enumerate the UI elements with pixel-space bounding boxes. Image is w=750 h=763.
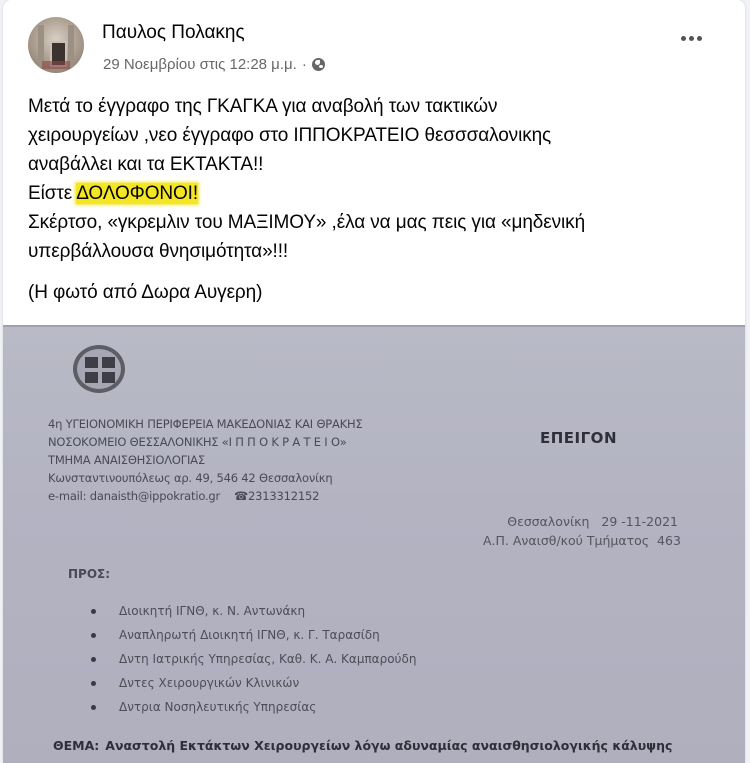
- letterhead-line: ΝΟΣΟΚΟΜΕΙΟ ΘΕΣΣΑΛΟΝΙΚΗΣ «Ι Π Π Ο Κ Ρ Α Τ…: [48, 433, 363, 451]
- emblem-quadrant: [85, 372, 98, 383]
- post-line: χειρουργείων ,νεο έγγραφο στο ΙΠΠΟΚΡΑΤΕΙ…: [28, 121, 728, 150]
- emblem-quadrant: [85, 357, 98, 368]
- post-meta: 29 Νοεμβρίου στις 12:28 μ.μ. ·: [103, 56, 325, 73]
- more-options-icon[interactable]: [681, 36, 702, 41]
- subject-text: Αναστολή Εκτάκτων Χειρουργείων λόγω αδυν…: [105, 738, 672, 753]
- document-subject: ΘΕΜΑ:Αναστολή Εκτάκτων Χειρουργείων λόγω…: [53, 738, 672, 753]
- post-line: υπερβάλλουσα θνησιμότητα»!!!: [28, 237, 728, 266]
- recipient-item: Δντη Ιατρικής Υπηρεσίας, Καθ. Κ. Α. Καμπ…: [91, 647, 416, 671]
- emblem-quadrant: [102, 357, 115, 368]
- recipients-label: ΠΡΟΣ:: [68, 567, 110, 581]
- subject-label: ΘΕΜΑ:: [53, 738, 99, 753]
- place-date-line: Θεσσαλονίκη 29 -11-2021: [483, 512, 678, 531]
- dot: [681, 36, 686, 41]
- recipients-list: Διοικητή ΙΓΝΘ, κ. Ν. Αντωνάκη Αναπληρωτή…: [91, 599, 416, 719]
- post-header: Παυλος Πολακης 29 Νοεμβρίου στις 12:28 μ…: [3, 0, 745, 80]
- dot: [689, 36, 694, 41]
- protocol-number: Α.Π. Αναισθ/κού Τμήματος 463: [483, 531, 678, 550]
- recipient-item: Δντες Χειρουργικών Κλινικών: [91, 671, 416, 695]
- post-line: Μετά το έγγραφο της ΓΚΑΓΚΑ για αναβολή τ…: [28, 92, 728, 121]
- author-name[interactable]: Παυλος Πολακης: [102, 22, 245, 44]
- letterhead-line: Κωνσταντινουπόλεως αρ. 49, 546 42 Θεσσαλ…: [48, 469, 363, 487]
- document-place-date: Θεσσαλονίκη 29 -11-2021 Α.Π. Αναισθ/κού …: [483, 512, 678, 550]
- post-photo-document[interactable]: 4η ΥΓΕΙΟΝΟΜΙΚΗ ΠΕΡΙΦΕΡΕΙΑ ΜΑΚΕΔΟΝΙΑΣ ΚΑΙ…: [3, 325, 745, 763]
- meta-separator: ·: [302, 56, 307, 73]
- author-avatar[interactable]: [28, 17, 84, 73]
- letterhead-phone: ☎2313312152: [234, 489, 319, 503]
- highlighted-text: ΔΟΛΟΦΟΝΟΙ!: [76, 183, 198, 204]
- emblem-quadrant: [102, 372, 115, 383]
- globe-icon[interactable]: [312, 58, 325, 71]
- recipient-item: Αναπληρωτή Διοικητή ΙΓΝΘ, κ. Γ. Ταρασίδη: [91, 623, 416, 647]
- post-line: Σκέρτσο, «γκρεμλιν του ΜΑΞΙΜΟΥ» ,έλα να …: [28, 208, 728, 237]
- post-line: αναβάλλει και τα ΕΚΤΑΚΤΑ!!: [28, 150, 728, 179]
- document-letterhead: 4η ΥΓΕΙΟΝΟΜΙΚΗ ΠΕΡΙΦΕΡΕΙΑ ΜΑΚΕΔΟΝΙΑΣ ΚΑΙ…: [48, 415, 363, 505]
- post-body: Μετά το έγγραφο της ΓΚΑΓΚΑ για αναβολή τ…: [28, 92, 728, 307]
- greek-emblem-icon: [73, 345, 125, 393]
- letterhead-email: e-mail: danaisth@ippokratio.gr: [48, 489, 220, 503]
- photo-credit: (Η φωτό από Δωρα Αυγερη): [28, 278, 728, 307]
- recipient-item: Διοικητή ΙΓΝΘ, κ. Ν. Αντωνάκη: [91, 599, 416, 623]
- post-line: Είστε ΔΟΛΟΦΟΝΟΙ!: [28, 179, 728, 208]
- post-line-prefix: Είστε: [28, 183, 76, 204]
- letterhead-line: 4η ΥΓΕΙΟΝΟΜΙΚΗ ΠΕΡΙΦΕΡΕΙΑ ΜΑΚΕΔΟΝΙΑΣ ΚΑΙ…: [48, 415, 363, 433]
- post-timestamp[interactable]: 29 Νοεμβρίου στις 12:28 μ.μ.: [103, 56, 297, 73]
- avatar-base: [42, 61, 70, 69]
- dot: [697, 36, 702, 41]
- letterhead-contact: e-mail: danaisth@ippokratio.gr ☎23133121…: [48, 487, 363, 505]
- urgent-label: ΕΠΕΙΓΟΝ: [540, 429, 617, 447]
- letterhead-line: ΤΜΗΜΑ ΑΝΑΙΣΘΗΣΙΟΛΟΓΙΑΣ: [48, 451, 363, 469]
- recipient-item: Δντρια Νοσηλευτικής Υπηρεσίας: [91, 695, 416, 719]
